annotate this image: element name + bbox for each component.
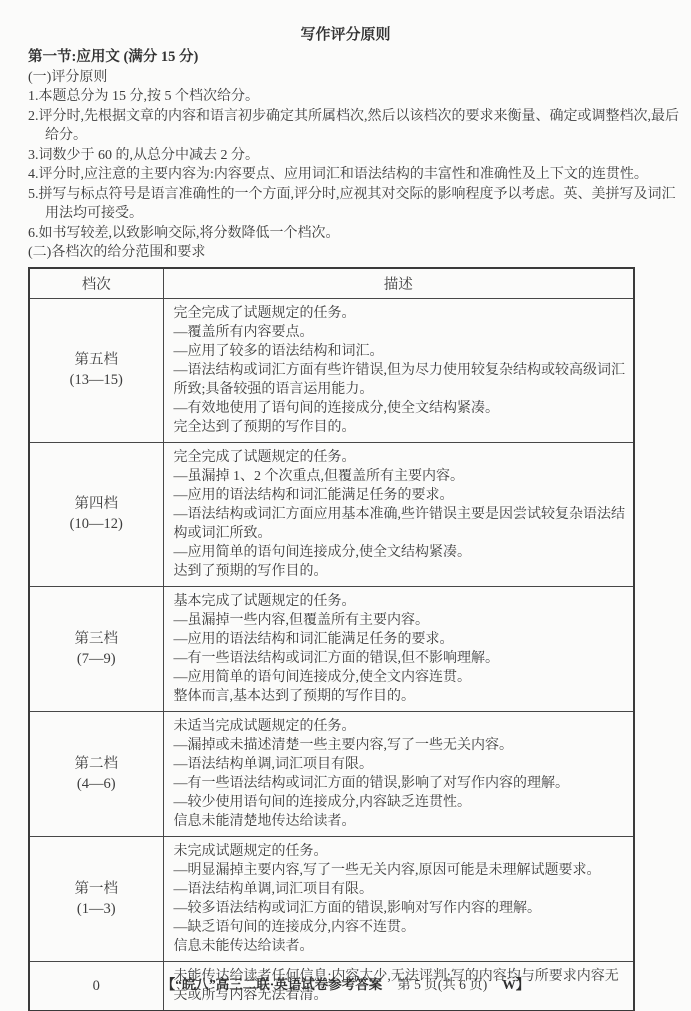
description-line: —有一些语法结构或词汇方面的错误,影响了对写作内容的理解。	[174, 774, 628, 793]
description-line: —缺乏语句间的连接成分,内容不连贯。	[174, 918, 628, 937]
description-line: 未适当完成试题规定的任务。	[174, 717, 628, 736]
table-row: 第四档(10—12)完全完成了试题规定的任务。—虽漏掉 1、2 个次重点,但覆盖…	[29, 442, 634, 586]
description-line: —覆盖所有内容要点。	[174, 323, 628, 342]
tier-range: (13—15)	[30, 370, 163, 390]
description-line: —语法结构单调,词汇项目有限。	[174, 880, 628, 899]
description-line: —应用简单的语句间连接成分,使全文结构紧凑。	[174, 543, 628, 562]
description-line: 完全达到了预期的写作目的。	[174, 418, 628, 437]
description-cell: 完全完成了试题规定的任务。—覆盖所有内容要点。—应用了较多的语法结构和词汇。—语…	[163, 298, 634, 442]
description-line: —应用了较多的语法结构和词汇。	[174, 342, 628, 361]
description-line: 信息未能传达给读者。	[174, 937, 628, 956]
description-line: —应用的语法结构和词汇能满足任务的要求。	[174, 630, 628, 649]
table-row: 第三档(7—9)基本完成了试题规定的任务。—虽漏掉一些内容,但覆盖所有主要内容。…	[29, 586, 634, 711]
tier-name: 第五档	[30, 350, 163, 370]
tier-range: (1—3)	[30, 899, 163, 919]
description-cell: 未完成试题规定的任务。—明显漏掉主要内容,写了一些无关内容,原因可能是未理解试题…	[163, 836, 634, 961]
tier-cell: 第五档(13—15)	[29, 298, 163, 442]
description-line: —虽漏掉 1、2 个次重点,但覆盖所有主要内容。	[174, 467, 628, 486]
description-line: —应用简单的语句间连接成分,使全文内容连贯。	[174, 668, 628, 687]
tier-name: 第一档	[30, 879, 163, 899]
description-cell: 基本完成了试题规定的任务。—虽漏掉一些内容,但覆盖所有主要内容。—应用的语法结构…	[163, 586, 634, 711]
table-column-header: 描述	[163, 268, 634, 299]
tier-cell: 第四档(10—12)	[29, 442, 163, 586]
description-cell: 完全完成了试题规定的任务。—虽漏掉 1、2 个次重点,但覆盖所有主要内容。—应用…	[163, 442, 634, 586]
principles-list: 1.本题总分为 15 分,按 5 个档次给分。2.评分时,先根据文章的内容和语言…	[28, 87, 683, 243]
description-line: —语法结构或词汇方面应用基本准确,些许错误主要是因尝试较复杂语法结构或词汇所致。	[174, 505, 628, 543]
section-heading: 第一节:应用文 (满分 15 分)	[28, 48, 683, 68]
tier-cell: 第一档(1—3)	[29, 836, 163, 961]
description-line: 完全完成了试题规定的任务。	[174, 304, 628, 323]
scoring-table: 档次描述 第五档(13—15)完全完成了试题规定的任务。—覆盖所有内容要点。—应…	[28, 267, 635, 1011]
description-line: —较少使用语句间的连接成分,内容缺乏连贯性。	[174, 793, 628, 812]
description-line: —有效地使用了语句间的连接成分,使全文结构紧凑。	[174, 399, 628, 418]
principle-item: 4.评分时,应注意的主要内容为:内容要点、应用词汇和语法结构的丰富性和准确性及上…	[28, 165, 683, 185]
description-line: —语法结构单调,词汇项目有限。	[174, 755, 628, 774]
description-line: —应用的语法结构和词汇能满足任务的要求。	[174, 486, 628, 505]
document-title: 写作评分原则	[28, 26, 663, 45]
description-line: —虽漏掉一些内容,但覆盖所有主要内容。	[174, 611, 628, 630]
footer-page-number: 第 5 页(共 6 页)	[397, 973, 487, 993]
footer-exam-title: 【“皖八”高三二联·英语试卷参考答案	[162, 973, 383, 993]
description-line: 整体而言,基本达到了预期的写作目的。	[174, 687, 628, 706]
tier-name: 第二档	[30, 754, 163, 774]
tier-cell: 第三档(7—9)	[29, 586, 163, 711]
description-line: 未完成试题规定的任务。	[174, 842, 628, 861]
description-line: —语法结构或词汇方面有些许错误,但为尽力使用较复杂结构或较高级词汇所致;具备较强…	[174, 361, 628, 399]
table-row: 第二档(4—6)未适当完成试题规定的任务。—漏掉或未描述清楚一些主要内容,写了一…	[29, 711, 634, 836]
description-line: 达到了预期的写作目的。	[174, 562, 628, 581]
principle-item: 6.如书写较差,以致影响交际,将分数降低一个档次。	[28, 224, 683, 244]
description-cell: 未适当完成试题规定的任务。—漏掉或未描述清楚一些主要内容,写了一些无关内容。—语…	[163, 711, 634, 836]
description-line: —明显漏掉主要内容,写了一些无关内容,原因可能是未理解试题要求。	[174, 861, 628, 880]
tier-name: 第四档	[30, 494, 163, 514]
table-row: 第五档(13—15)完全完成了试题规定的任务。—覆盖所有内容要点。—应用了较多的…	[29, 298, 634, 442]
description-line: —较多语法结构或词汇方面的错误,影响对写作内容的理解。	[174, 899, 628, 918]
principle-item: 1.本题总分为 15 分,按 5 个档次给分。	[28, 87, 683, 107]
tier-range: (7—9)	[30, 649, 163, 669]
tier-cell: 第二档(4—6)	[29, 711, 163, 836]
tier-range: (4—6)	[30, 774, 163, 794]
description-line: 信息未能清楚地传达给读者。	[174, 812, 628, 831]
principle-item: 5.拼写与标点符号是语言准确性的一个方面,评分时,应视其对交际的影响程度予以考虑…	[28, 185, 683, 224]
table-heading: (二)各档次的给分范围和要求	[28, 243, 683, 263]
description-line: 基本完成了试题规定的任务。	[174, 592, 628, 611]
table-header-row: 档次描述	[29, 268, 634, 299]
table-column-header: 档次	[29, 268, 163, 299]
page-footer: 【“皖八”高三二联·英语试卷参考答案第 5 页(共 6 页)W】	[0, 973, 691, 993]
principle-item: 2.评分时,先根据文章的内容和语言初步确定其所属档次,然后以该档次的要求来衡量、…	[28, 107, 683, 146]
table-row: 第一档(1—3)未完成试题规定的任务。—明显漏掉主要内容,写了一些无关内容,原因…	[29, 836, 634, 961]
description-line: —有一些语法结构或词汇方面的错误,但不影响理解。	[174, 649, 628, 668]
principles-heading: (一)评分原则	[28, 68, 683, 88]
description-line: —漏掉或未描述清楚一些主要内容,写了一些无关内容。	[174, 736, 628, 755]
principle-item: 3.词数少于 60 的,从总分中减去 2 分。	[28, 146, 683, 166]
footer-version-mark: W】	[502, 973, 529, 993]
tier-range: (10—12)	[30, 514, 163, 534]
document-page: 写作评分原则 第一节:应用文 (满分 15 分) (一)评分原则 1.本题总分为…	[0, 0, 691, 1011]
tier-name: 第三档	[30, 629, 163, 649]
description-line: 完全完成了试题规定的任务。	[174, 448, 628, 467]
